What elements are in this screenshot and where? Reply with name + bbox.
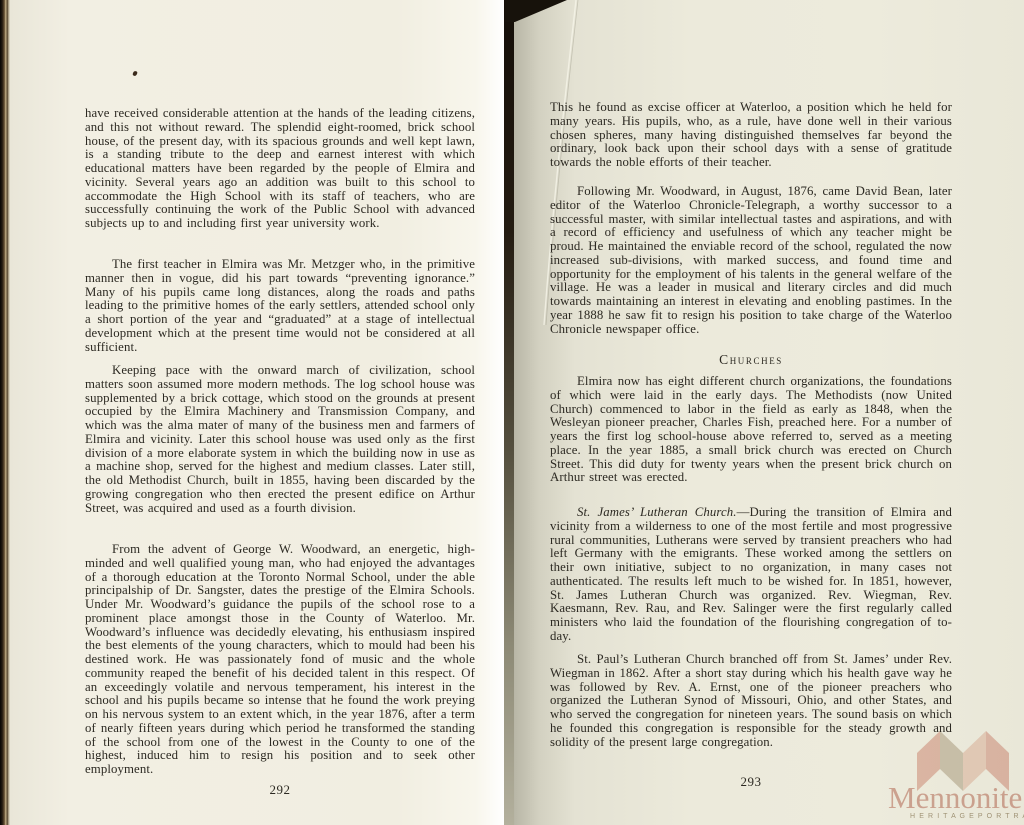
- paragraph: This he found as excise officer at Water…: [550, 101, 952, 170]
- paragraph: St. Paul’s Lutheran Church branched off …: [550, 653, 952, 749]
- book-left-edge: [0, 0, 10, 825]
- paragraph: Elmira now has eight different church or…: [550, 375, 952, 485]
- paragraph-italic-lead: St. James’ Lutheran Church.: [577, 505, 737, 519]
- page-number-left: 292: [85, 782, 475, 798]
- page-number-right: 293: [550, 774, 952, 790]
- left-page-text-column: have received considerable attention at …: [85, 0, 475, 825]
- paragraph: Following Mr. Woodward, in August, 1876,…: [550, 185, 952, 336]
- book-gutter: [504, 0, 514, 825]
- churches-section-heading: Churches: [550, 352, 952, 368]
- paragraph: Keeping pace with the onward march of ci…: [85, 364, 475, 515]
- scanned-book-spread: have received considerable attention at …: [0, 0, 1024, 825]
- paragraph: St. James’ Lutheran Church.—During the t…: [550, 506, 952, 644]
- paragraph: have received considerable attention at …: [85, 107, 475, 231]
- paragraph-body: —During the transition of Elmira and vic…: [550, 505, 952, 643]
- paragraph: The first teacher in Elmira was Mr. Metz…: [85, 258, 475, 354]
- paragraph: From the advent of George W. Woodward, a…: [85, 543, 475, 777]
- right-page-text-column: This he found as excise officer at Water…: [550, 0, 952, 825]
